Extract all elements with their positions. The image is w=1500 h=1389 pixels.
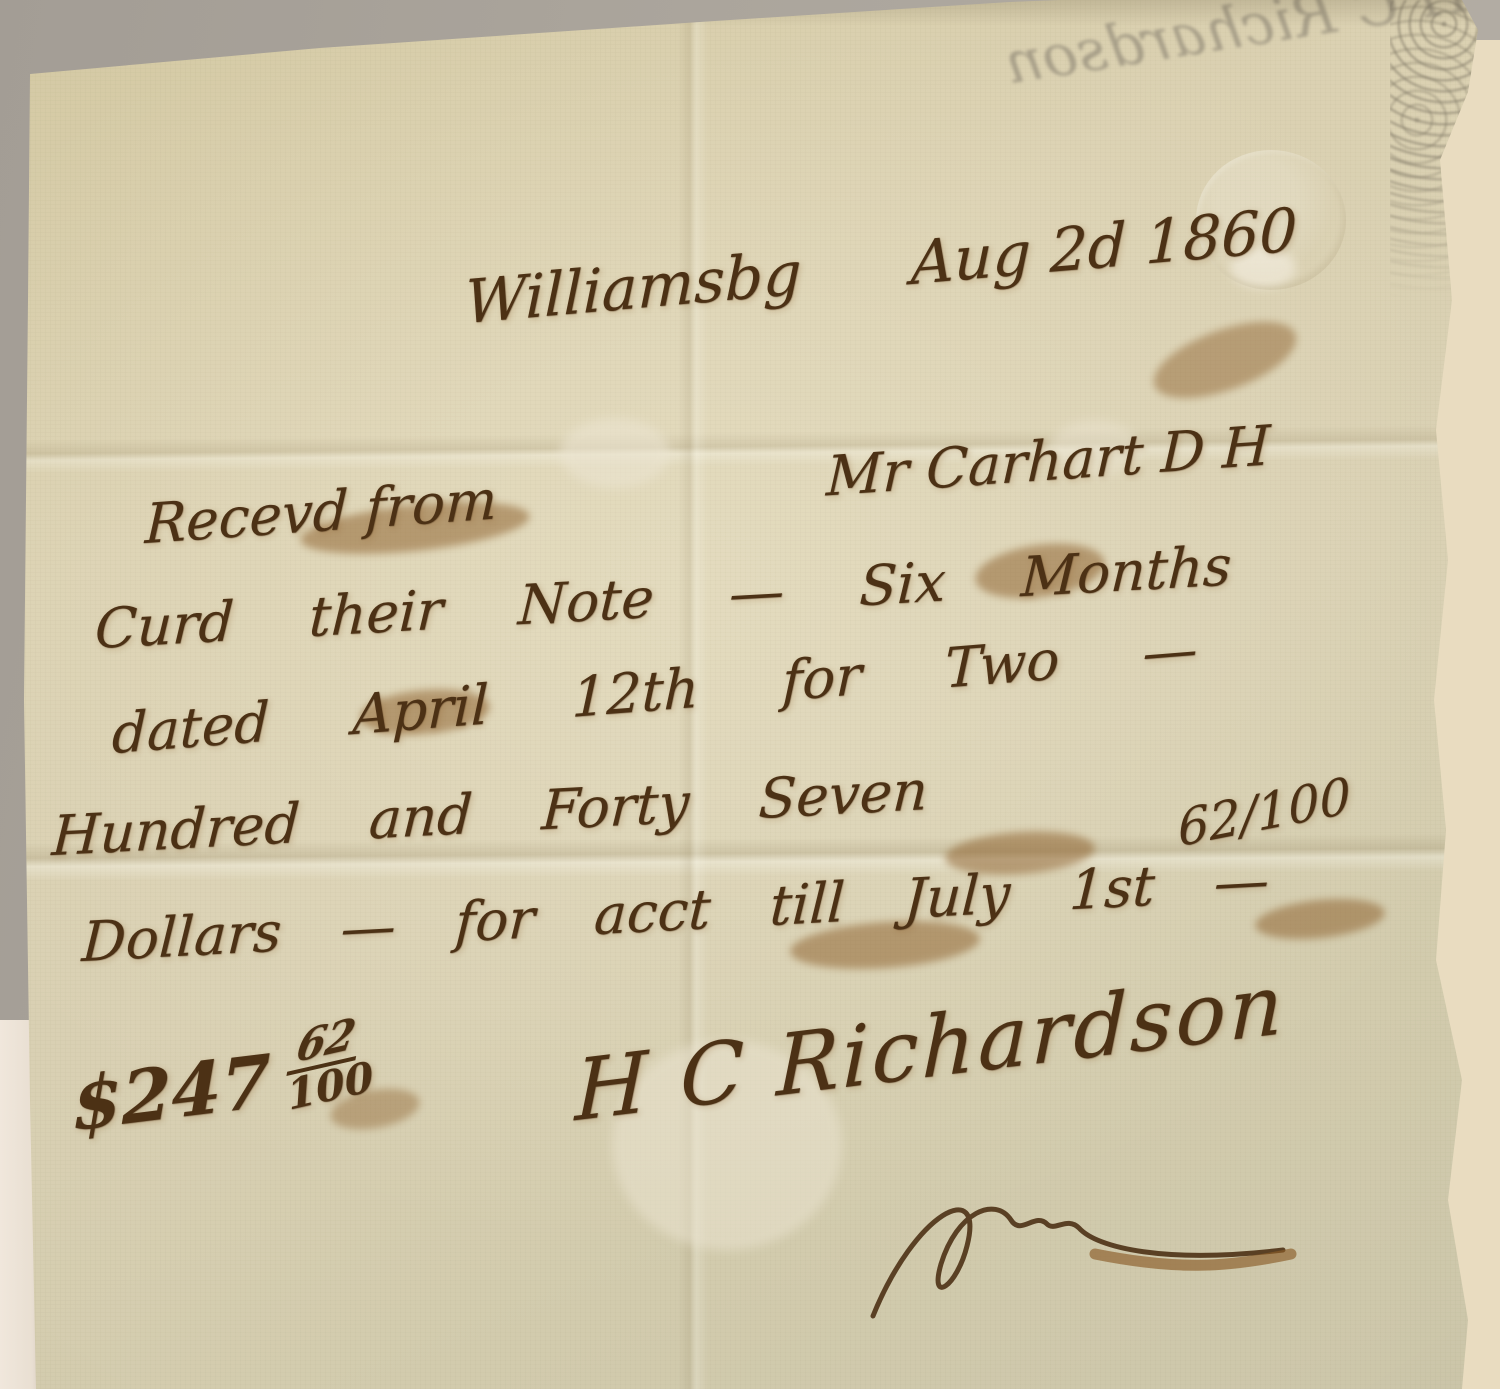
photo-of-receipt: H C Richardson WilliamsbgAug 2d 1860 Rec… bbox=[0, 0, 1500, 1389]
receipt-paper: H C Richardson WilliamsbgAug 2d 1860 Rec… bbox=[0, 0, 1500, 1389]
paper-edge-shading bbox=[0, 0, 1500, 1389]
